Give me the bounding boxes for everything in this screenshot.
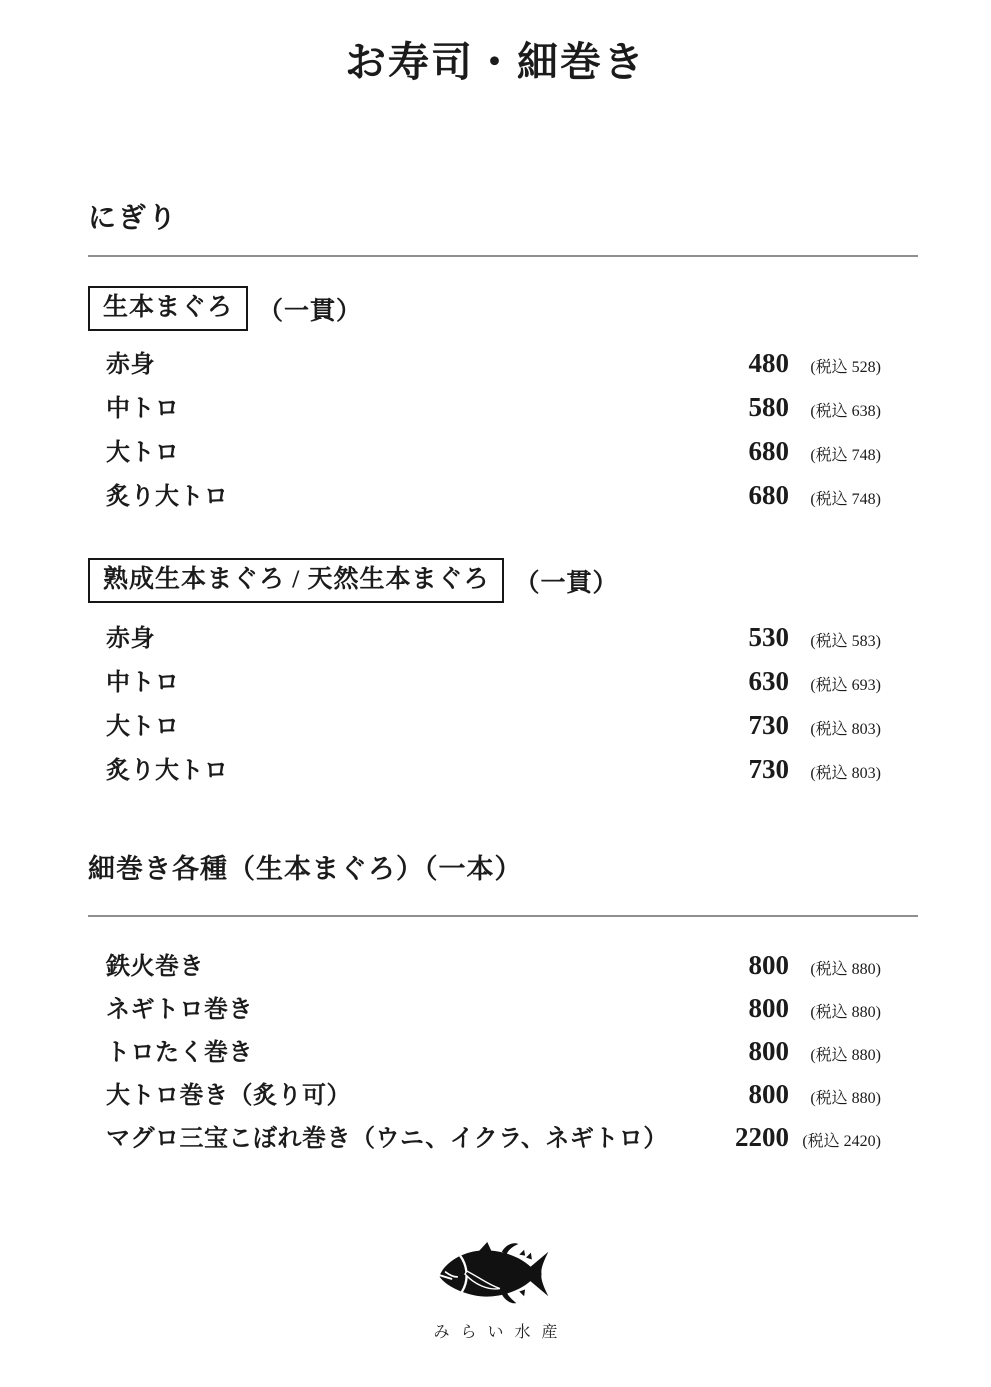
menu-item-row: マグロ三宝こぼれ巻き（ウニ、イクラ、ネギトロ） 2200 (税込 2420) <box>88 1116 881 1159</box>
item-name: 中トロ <box>88 387 719 431</box>
item-tax-price: (税込 638) <box>789 390 881 434</box>
page-title: お寿司・細巻き <box>0 38 991 87</box>
item-name: 大トロ <box>88 705 719 749</box>
menu-item-row: 中トロ 580 (税込 638) <box>88 385 881 429</box>
item-price: 2200 <box>719 1116 789 1159</box>
item-list-jukusei-tennen-maguro: 赤身 530 (税込 583) 中トロ 630 (税込 693) 大トロ 730… <box>88 615 881 791</box>
menu-item-row: トロたく巻き 800 (税込 880) <box>88 1030 881 1073</box>
brand-name: みらい水産 <box>433 1319 568 1342</box>
unit-label: （一貫） <box>514 563 618 599</box>
menu-item-row: 炙り大トロ 680 (税込 748) <box>88 473 881 517</box>
menu-item-row: ネギトロ巻き 800 (税込 880) <box>88 987 881 1030</box>
menu-item-row: 赤身 530 (税込 583) <box>88 615 881 659</box>
item-name: 炙り大トロ <box>88 749 719 793</box>
menu-item-row: 鉄火巻き 800 (税込 880) <box>88 944 881 987</box>
menu-item-row: 赤身 480 (税込 528) <box>88 341 881 385</box>
item-tax-price: (税込 583) <box>789 620 881 664</box>
item-price: 630 <box>719 659 789 703</box>
item-name: 中トロ <box>88 661 719 705</box>
footer: みらい水産 <box>0 1242 991 1342</box>
item-price: 680 <box>719 429 789 473</box>
item-tax-price: (税込 748) <box>789 434 881 478</box>
boxed-group-label: 生本まぐろ <box>88 286 248 331</box>
item-price: 800 <box>719 944 789 987</box>
item-price: 580 <box>719 385 789 429</box>
item-name: 炙り大トロ <box>88 475 719 519</box>
item-tax-price: (税込 880) <box>789 1034 881 1077</box>
item-name: 大トロ <box>88 431 719 475</box>
item-price: 480 <box>719 341 789 385</box>
unit-label: （一貫） <box>258 291 362 327</box>
section-divider <box>88 255 918 257</box>
item-name: 大トロ巻き（炙り可） <box>88 1075 719 1118</box>
menu-item-row: 大トロ 680 (税込 748) <box>88 429 881 473</box>
item-tax-price: (税込 748) <box>789 478 881 522</box>
item-tax-price: (税込 880) <box>789 948 881 991</box>
group-header-jukusei-tennen-maguro: 熟成生本まぐろ / 天然生本まぐろ （一貫） <box>88 558 618 603</box>
item-price: 530 <box>719 615 789 659</box>
item-tax-price: (税込 880) <box>789 1077 881 1120</box>
item-tax-price: (税込 803) <box>789 708 881 752</box>
item-price: 800 <box>719 987 789 1030</box>
item-tax-price: (税込 803) <box>789 752 881 796</box>
item-name: ネギトロ巻き <box>88 989 719 1032</box>
item-list-nama-hon-maguro: 赤身 480 (税込 528) 中トロ 580 (税込 638) 大トロ 680… <box>88 341 881 517</box>
menu-item-row: 中トロ 630 (税込 693) <box>88 659 881 703</box>
menu-item-row: 大トロ巻き（炙り可） 800 (税込 880) <box>88 1073 881 1116</box>
item-price: 680 <box>719 473 789 517</box>
item-name: トロたく巻き <box>88 1032 719 1075</box>
item-tax-price: (税込 693) <box>789 664 881 708</box>
item-tax-price: (税込 880) <box>789 991 881 1034</box>
tuna-fish-icon <box>437 1242 555 1306</box>
item-tax-price: (税込 2420) <box>789 1120 881 1163</box>
item-tax-price: (税込 528) <box>789 346 881 390</box>
menu-item-row: 大トロ 730 (税込 803) <box>88 703 881 747</box>
item-price: 730 <box>719 703 789 747</box>
menu-item-row: 炙り大トロ 730 (税込 803) <box>88 747 881 791</box>
section-divider <box>88 915 918 917</box>
menu-page: お寿司・細巻き にぎり 生本まぐろ （一貫） 赤身 480 (税込 528) 中… <box>0 0 991 1387</box>
boxed-group-label: 熟成生本まぐろ / 天然生本まぐろ <box>88 558 504 603</box>
item-name: 鉄火巻き <box>88 946 719 989</box>
item-name: 赤身 <box>88 617 719 661</box>
item-price: 730 <box>719 747 789 791</box>
item-price: 800 <box>719 1030 789 1073</box>
item-name: マグロ三宝こぼれ巻き（ウニ、イクラ、ネギトロ） <box>88 1118 719 1161</box>
section-heading-nigiri: にぎり <box>88 202 178 236</box>
group-header-nama-hon-maguro: 生本まぐろ （一貫） <box>88 286 362 331</box>
item-price: 800 <box>719 1073 789 1116</box>
section-heading-hosomaki: 細巻き各種（生本まぐろ）（一本） <box>88 852 523 886</box>
item-list-hosomaki: 鉄火巻き 800 (税込 880) ネギトロ巻き 800 (税込 880) トロ… <box>88 944 881 1159</box>
item-name: 赤身 <box>88 343 719 387</box>
